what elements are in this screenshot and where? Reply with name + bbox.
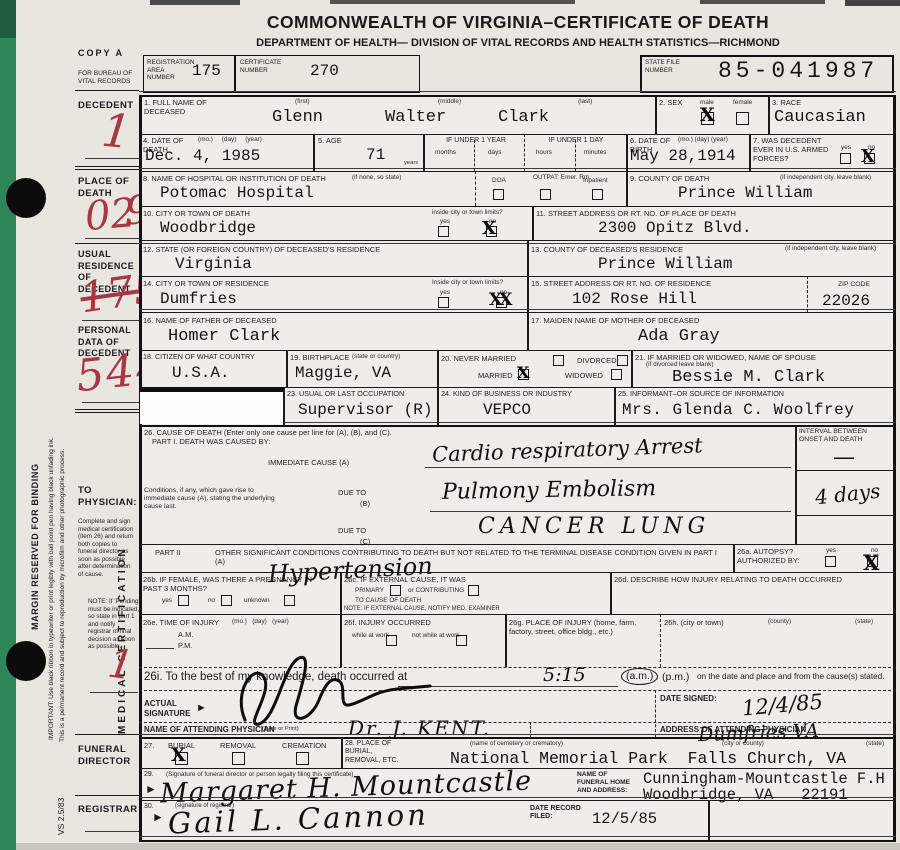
zip-label: ZIP CODE — [838, 281, 870, 289]
field-28-hint3: (state) — [866, 740, 884, 747]
field-26c-note: NOTE: IF EXTERNAL CAUSE, NOTIFY MED. EXA… — [344, 606, 500, 612]
field-28-hint1: (name of cemetery or crematory) — [470, 740, 563, 747]
line — [139, 171, 896, 172]
registration-area-value: 175 — [192, 62, 221, 80]
punch-hole-bottom — [6, 641, 46, 681]
field-20-never-married-label: 20. NEVER MARRIED — [441, 354, 516, 363]
line — [75, 409, 139, 410]
field-10-limits-label: inside city or town limits? — [432, 209, 503, 216]
line — [437, 387, 439, 425]
part2-label: PART II — [155, 548, 180, 557]
armed-forces-yes-checkbox — [840, 153, 851, 164]
field-26b-yes-label: yes — [162, 597, 172, 604]
field-16-label: 16. NAME OF FATHER OF DECEASED — [143, 316, 277, 325]
field-10-value: Woodbridge — [160, 219, 256, 237]
line — [733, 544, 735, 572]
field-26b-unknown-label: unknown — [244, 597, 270, 604]
death-certificate-scan: MARGIN RESERVED FOR BINDING IMPORTANT: U… — [0, 0, 900, 850]
line — [708, 800, 710, 840]
redaction-bar — [140, 387, 283, 392]
male-checkbox-mark: X — [700, 104, 715, 126]
field-1-middle-hint: (middle) — [438, 98, 461, 105]
signature-arrow-icon: ► — [196, 702, 207, 714]
field-21-hint: (if divorced leave blank) — [646, 361, 714, 368]
field-26d-label: 26d. DESCRIBE HOW INJURY RELATING TO DEA… — [614, 575, 842, 584]
field-3-value: Caucasian — [774, 108, 866, 127]
field-26g-label: 26g. PLACE OF INJURY (home, farm, factor… — [509, 618, 649, 636]
date-signed-label: DATE SIGNED: — [660, 694, 717, 704]
field-26a-label: 26a. AUTOPSY? AUTHORIZED BY: — [737, 547, 817, 565]
due-to-c-label: DUE TO — [338, 526, 366, 535]
date-filed-value: 12/5/85 — [592, 810, 657, 828]
residence-limits-yes-checkbox — [438, 297, 449, 308]
while-at-work-checkbox — [386, 635, 397, 646]
pregnancy-unknown-checkbox — [284, 595, 295, 606]
field-1-middle-value: Walter — [385, 108, 446, 127]
line — [527, 240, 529, 276]
field-11-value: 2300 Opitz Blvd. — [598, 219, 752, 237]
field-24-value: VEPCO — [483, 401, 531, 419]
field-26a-yes-label: yes — [826, 547, 836, 554]
line — [430, 511, 791, 512]
armed-forces-no-mark: X — [861, 146, 875, 167]
inpatient-checkbox — [592, 189, 603, 200]
line — [139, 309, 896, 310]
line — [85, 158, 139, 159]
death-limits-no-mark: X — [482, 218, 496, 239]
line — [139, 544, 896, 545]
field-19-hint: (state or country) — [352, 353, 400, 360]
field-20-married-label: MARRIED — [478, 371, 513, 380]
under-1-year-months: months — [435, 149, 456, 156]
field-8-label: 8. NAME OF HOSPITAL OR INSTITUTION OF DE… — [143, 174, 326, 183]
field-14-value: Dumfries — [160, 290, 237, 308]
field-26e-hints: (mo.) (day) (year) — [232, 618, 289, 625]
field-26c-contributing-label: or CONTRIBUTING — [408, 587, 464, 594]
line — [139, 91, 896, 92]
sidebar-registrar-label: REGISTRAR — [78, 804, 138, 816]
contributing-checkbox — [468, 585, 479, 596]
sidebar-funeral-director-label: FUNERAL DIRECTOR — [78, 744, 140, 769]
interval-header: INTERVAL BETWEEN ONSET AND DEATH — [799, 428, 879, 444]
margin-binding-note: MARGIN RESERVED FOR BINDING — [30, 300, 40, 630]
due-to-b-tag: (B) — [360, 499, 370, 508]
line — [626, 171, 628, 206]
field-25-value: Mrs. Glenda C. Woolfrey — [622, 401, 854, 419]
line — [75, 90, 139, 91]
outpatient-checkbox — [540, 189, 551, 200]
field-26h-county: (county) — [768, 618, 791, 625]
field-15-value: 102 Rose Hill — [572, 290, 697, 308]
line — [139, 734, 896, 735]
cremation-label: CREMATION — [282, 741, 326, 750]
line — [75, 243, 139, 244]
field-20-divorced-label: DIVORCED — [577, 356, 617, 365]
line — [527, 276, 529, 312]
certificate-number-label: CERTIFICATE NUMBER — [240, 59, 286, 74]
field-1-first-hint: (first) — [295, 98, 310, 105]
redacted-field-22 — [140, 390, 283, 424]
line — [139, 168, 896, 169]
field-10-yes-label: yes — [440, 218, 450, 225]
line — [768, 95, 770, 134]
bureau-label: FOR BUREAU OF VITAL RECORDS — [78, 70, 136, 86]
primary-checkbox — [390, 585, 401, 596]
cause-b-value: Pulmony Embolism — [442, 476, 657, 505]
field-5-label: 5. AGE — [318, 136, 342, 145]
pregnancy-no-checkbox — [221, 595, 232, 606]
field-28-hint2: (city or county) — [722, 740, 764, 747]
field-17-label: 17. MAIDEN NAME OF MOTHER OF DECEASED — [531, 316, 699, 325]
field-18-value: U.S.A. — [172, 364, 230, 382]
scan-edge-mark — [150, 0, 240, 5]
line — [75, 734, 139, 735]
field-19-value: Maggie, VA — [295, 364, 391, 382]
widowed-checkbox — [611, 369, 622, 380]
field-29-label: 29. — [144, 771, 154, 779]
field-25-label: 25. INFORMANT–OR SOURCE OF INFORMATION — [618, 390, 784, 399]
sidebar-to-physician-label: TO PHYSICIAN: — [78, 485, 138, 510]
married-mark: X — [517, 363, 529, 382]
margin-important-note-2: This is a permanent record and subject t… — [59, 272, 66, 742]
field-4-value: Dec. 4, 1985 — [145, 147, 260, 165]
field-26c-label: 26c. IF EXTERNAL CAUSE, IT WAS — [344, 575, 466, 584]
field-5-unit: years — [404, 160, 418, 166]
line — [475, 171, 476, 206]
green-binding-strip — [0, 0, 16, 850]
line — [139, 840, 896, 842]
line — [90, 692, 138, 693]
field-26i-am: (a.m.) — [621, 668, 658, 685]
line — [139, 276, 896, 277]
field-23-label: 23. USUAL OR LAST OCCUPATION — [287, 390, 404, 399]
line — [614, 387, 616, 425]
sidebar-decedent-code: 1 — [99, 103, 134, 160]
field-7-label: 7. WAS DECEDENT EVER IN U.S. ARMED FORCE… — [753, 136, 835, 163]
line — [631, 350, 633, 387]
field-28-value: National Memorial Park Falls Church, VA — [450, 749, 846, 768]
field-4-hints: (mo.) (day) (year) — [198, 136, 262, 143]
green-strip-dark-corner — [0, 0, 16, 38]
line — [139, 312, 896, 313]
field-26e-label: 26e. TIME OF INJURY — [143, 618, 219, 627]
sidebar-pending-code: 1 — [105, 640, 137, 689]
field-19-label: 19. BIRTHPLACE — [290, 353, 349, 362]
punch-hole-top — [6, 178, 46, 218]
field-26-label: 26. CAUSE OF DEATH (Enter only one cause… — [144, 428, 392, 437]
field-18-label: 18. CITIZEN OF WHAT COUNTRY — [143, 353, 255, 362]
field-16-value: Homer Clark — [168, 327, 280, 346]
field-13-hint: (if independent city, leave blank) — [785, 245, 876, 252]
zip-value: 22026 — [822, 292, 870, 310]
line — [655, 690, 656, 737]
attending-physician-name-hint: (Type or Print) — [262, 726, 299, 732]
line — [139, 206, 896, 207]
field-14-label: 14. CITY OR TOWN OF RESIDENCE — [143, 279, 269, 288]
cremation-checkbox — [296, 752, 309, 765]
field-15-label: 15. STREET ADDRESS OR RT. NO. OF RESIDEN… — [531, 279, 711, 288]
copy-label: COPY A — [78, 48, 124, 58]
line — [807, 276, 808, 312]
field-26h-state: (state) — [855, 618, 873, 625]
line — [85, 831, 139, 832]
line — [749, 134, 751, 171]
line — [75, 166, 139, 167]
field-11-label: 11. STREET ADDRESS OR RT. NO. OF PLACE O… — [536, 209, 736, 218]
margin-important-note-1: IMPORTANT: Use black ribbon in typewrite… — [48, 270, 55, 740]
pregnancy-yes-checkbox — [178, 595, 189, 606]
line — [82, 320, 139, 321]
line — [139, 243, 896, 244]
field-28-label: 28. PLACE OF BURIAL, REMOVAL, ETC. — [345, 740, 407, 765]
field-2-label: 2. SEX — [659, 98, 682, 107]
line — [340, 572, 342, 614]
line — [425, 467, 791, 468]
under-1-day-hours: hours — [536, 149, 552, 156]
immediate-cause-label: IMMEDIATE CAUSE (A) — [268, 458, 349, 467]
line — [139, 572, 896, 573]
field-27-label: 27. — [144, 741, 154, 750]
scan-edge-mark — [330, 0, 575, 4]
death-limits-yes-checkbox — [438, 226, 449, 237]
cause-c-value: CANCER LUNG — [478, 514, 710, 539]
certificate-title: COMMONWEALTH OF VIRGINIA–CERTIFICATE OF … — [140, 12, 896, 33]
field-21-value: Bessie M. Clark — [672, 368, 825, 387]
field-13-label: 13. COUNTY OF DECEASED'S RESIDENCE — [531, 245, 683, 254]
field-2-female-label: female — [733, 99, 752, 106]
field-10-label: 10. CITY OR TOWN OF DEATH — [143, 209, 250, 218]
residence-limits-no-mark: XX — [489, 290, 509, 310]
field-12-label: 12. STATE (OR FOREIGN COUNTRY) OF DECEAS… — [143, 245, 380, 254]
line — [146, 648, 174, 649]
field-8-hint: (if none, so state) — [352, 174, 401, 181]
funeral-signature-arrow-icon: ► — [145, 782, 157, 796]
form-number: VS 2.5/83 — [56, 775, 66, 835]
registration-area-label: REGISTRATION AREA NUMBER — [147, 59, 193, 82]
autopsy-yes-checkbox — [825, 556, 836, 567]
field-26b-label: 26b. IF FEMALE, WAS THERE A PREGNANCY IN… — [143, 575, 333, 593]
line — [85, 238, 139, 239]
line — [505, 614, 507, 667]
field-26i-pm: (p.m.) — [662, 671, 689, 683]
line — [527, 312, 529, 350]
certificate-subtitle: DEPARTMENT OF HEALTH— DIVISION OF VITAL … — [140, 37, 896, 49]
field-26-part1-label: PART I. DEATH WAS CAUSED BY: — [152, 437, 270, 446]
field-26i-time: 5:15 — [543, 664, 586, 686]
field-9-label: 9. COUNTY OF DEATH — [630, 174, 709, 183]
line — [139, 134, 896, 135]
field-9-value: Prince William — [678, 184, 812, 202]
under-1-day-minutes: minutes — [584, 149, 606, 156]
under-1-day-label: IF UNDER 1 DAY — [530, 137, 622, 145]
line — [139, 614, 896, 615]
field-26c-to-cause-label: TO CAUSE OF DEATH — [355, 597, 421, 604]
conditions-note: Conditions, if any, which gave rise to i… — [144, 487, 284, 511]
field-17-value: Ada Gray — [638, 327, 720, 346]
scan-edge-mark — [700, 0, 825, 4]
field-14-limits-label: Inside city or town limits? — [432, 279, 503, 286]
line — [423, 134, 425, 171]
line — [660, 614, 661, 667]
divorced-checkbox — [617, 355, 628, 366]
field-1-first-value: Glenn — [272, 108, 323, 127]
field-6-hints: (mo.) (day) (year) — [678, 136, 728, 143]
scan-edge-mark — [845, 0, 900, 6]
line — [139, 797, 896, 798]
doa-label: DOA — [492, 177, 506, 184]
field-26f-while-label: while at work — [352, 632, 382, 639]
field-9-hint: (if independent city, leave blank) — [780, 174, 871, 181]
field-8-value: Potomac Hospital — [160, 184, 314, 202]
field-26f-label: 26f. INJURY OCCURRED — [344, 618, 431, 627]
field-26h-label: 26h. (city or town) — [664, 618, 724, 627]
date-filed-label: DATE RECORD FILED: — [530, 805, 585, 822]
removal-label: REMOVAL — [220, 741, 256, 750]
funeral-home-label: NAME OF FUNERAL HOME AND ADDRESS: — [577, 771, 639, 795]
line — [532, 206, 534, 240]
under-1-year-label: IF UNDER 1 YEAR — [430, 137, 522, 145]
state-file-number-label: STATE FILE NUMBER — [645, 59, 685, 74]
field-26b-no-label: no — [208, 597, 215, 604]
field-26c-primary-label: PRIMARY — [355, 587, 384, 594]
line — [75, 795, 139, 796]
line — [524, 134, 525, 171]
field-20-widowed-label: WIDOWED — [565, 371, 603, 380]
removal-checkbox — [232, 752, 245, 765]
line — [139, 350, 896, 351]
line — [139, 240, 896, 241]
doa-checkbox — [493, 189, 504, 200]
female-checkbox — [736, 112, 749, 125]
funeral-home-value-2: Woodbridge, VA 22191 — [643, 786, 848, 804]
field-12-value: Virginia — [175, 255, 252, 273]
certificate-number-value: 270 — [310, 62, 339, 80]
actual-signature-label: ACTUAL SIGNATURE — [144, 699, 199, 718]
field-3-label: 3. RACE — [772, 98, 801, 107]
line — [610, 572, 612, 614]
field-1-last-hint: (last) — [578, 98, 592, 105]
field-26i-suffix: on the date and place and from the cause… — [697, 672, 885, 681]
field-7-yes-label: yes — [841, 144, 851, 151]
field-1-label: 1. FULL NAME OF DECEASED — [144, 98, 224, 116]
line — [82, 402, 139, 403]
field-24-label: 24. KIND OF BUSINESS OR INDUSTRY — [441, 390, 572, 399]
outpatient-label: OUTPAT: Emer. Rm. — [533, 174, 569, 181]
field-26f-not-while-label: not while at work — [412, 632, 450, 639]
field-6-value: May 28,1914 — [630, 147, 736, 165]
not-while-at-work-checkbox — [456, 635, 467, 646]
field-13-value: Prince William — [598, 255, 732, 273]
line — [795, 470, 894, 471]
never-married-checkbox — [553, 355, 564, 366]
field-23-value: Supervisor (R) — [298, 401, 432, 419]
line — [286, 350, 288, 387]
paper-bottom-edge — [16, 843, 900, 850]
under-1-year-days: days — [488, 149, 502, 156]
line — [75, 169, 139, 170]
line — [437, 350, 439, 387]
inpatient-label: Inpatient — [583, 177, 608, 184]
line — [626, 134, 628, 171]
burial-mark: X — [171, 744, 186, 766]
line — [795, 425, 797, 544]
line — [655, 95, 657, 134]
due-to-b-label: DUE TO — [338, 488, 366, 497]
field-14-yes-label: yes — [440, 289, 450, 296]
cause-a-interval: — — [833, 445, 855, 470]
registrar-signature-arrow-icon: ► — [152, 810, 164, 824]
field-1-last-value: Clark — [498, 108, 549, 127]
state-file-number-value: 85-041987 — [718, 58, 878, 84]
field-5-value: 71 — [366, 146, 385, 164]
line — [795, 515, 894, 516]
line — [139, 800, 896, 801]
sidebar-to-physician-note: Complete and sign medical certification … — [78, 518, 135, 578]
field-26e-am: A.M. — [178, 630, 193, 639]
field-26e-pm: P.M. — [178, 641, 192, 650]
line — [313, 134, 315, 171]
line — [341, 737, 343, 768]
line — [283, 387, 285, 425]
line — [75, 412, 139, 413]
